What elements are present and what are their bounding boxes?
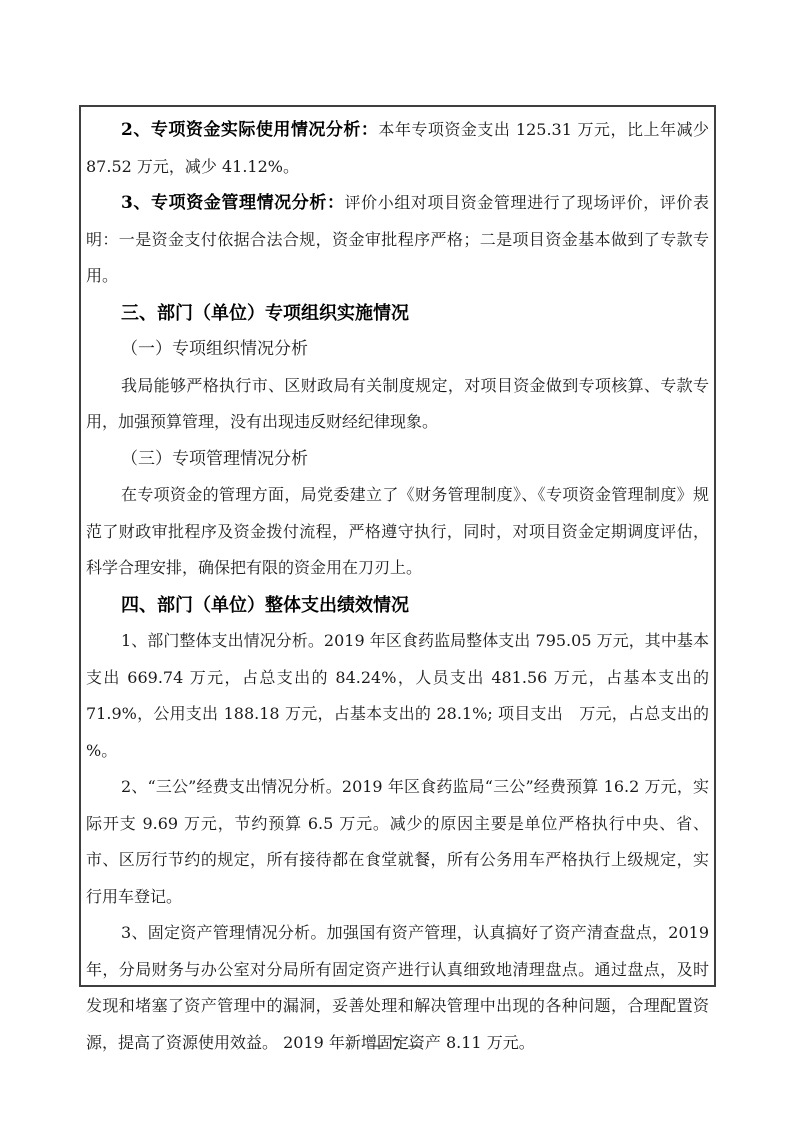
subheading-3-1: （一）专项组织情况分析: [86, 331, 709, 368]
heading-section-4: 四、部门（单位）整体支出绩效情况: [86, 587, 709, 624]
para-lead-special-fund-management: 3、专项资金管理情况分析：: [121, 193, 345, 213]
page-number: — 7 —: [0, 1036, 793, 1054]
document-border-frame: 2、专项资金实际使用情况分析：本年专项资金支出 125.31 万元，比上年减少 …: [79, 105, 716, 987]
para-special-fund-management: 3、专项资金管理情况分析：评价小组对项目资金管理进行了现场评价，评价表明：一是资…: [86, 185, 709, 295]
para-lead-special-fund-usage: 2、专项资金实际使用情况分析：: [121, 120, 378, 140]
para-overall-expenditure: 1、部门整体支出情况分析。2019 年区食药监局整体支出 795.05 万元，其…: [86, 623, 709, 769]
para-three-public-expenses: 2、“三公”经费支出情况分析。2019 年区食药监局“三公”经费预算 16.2 …: [86, 769, 709, 915]
subheading-3-3: （三）专项管理情况分析: [86, 441, 709, 478]
document-page: 2、专项资金实际使用情况分析：本年专项资金支出 125.31 万元，比上年减少 …: [0, 0, 793, 1122]
para-management-analysis: 在专项资金的管理方面，局党委建立了《财务管理制度》、《专项资金管理制度》规范了财…: [86, 477, 709, 587]
para-special-fund-usage: 2、专项资金实际使用情况分析：本年专项资金支出 125.31 万元，比上年减少 …: [86, 112, 709, 185]
para-org-analysis: 我局能够严格执行市、区财政局有关制度规定，对项目资金做到专项核算、专款专用，加强…: [86, 368, 709, 441]
heading-section-3: 三、部门（单位）专项组织实施情况: [86, 295, 709, 332]
